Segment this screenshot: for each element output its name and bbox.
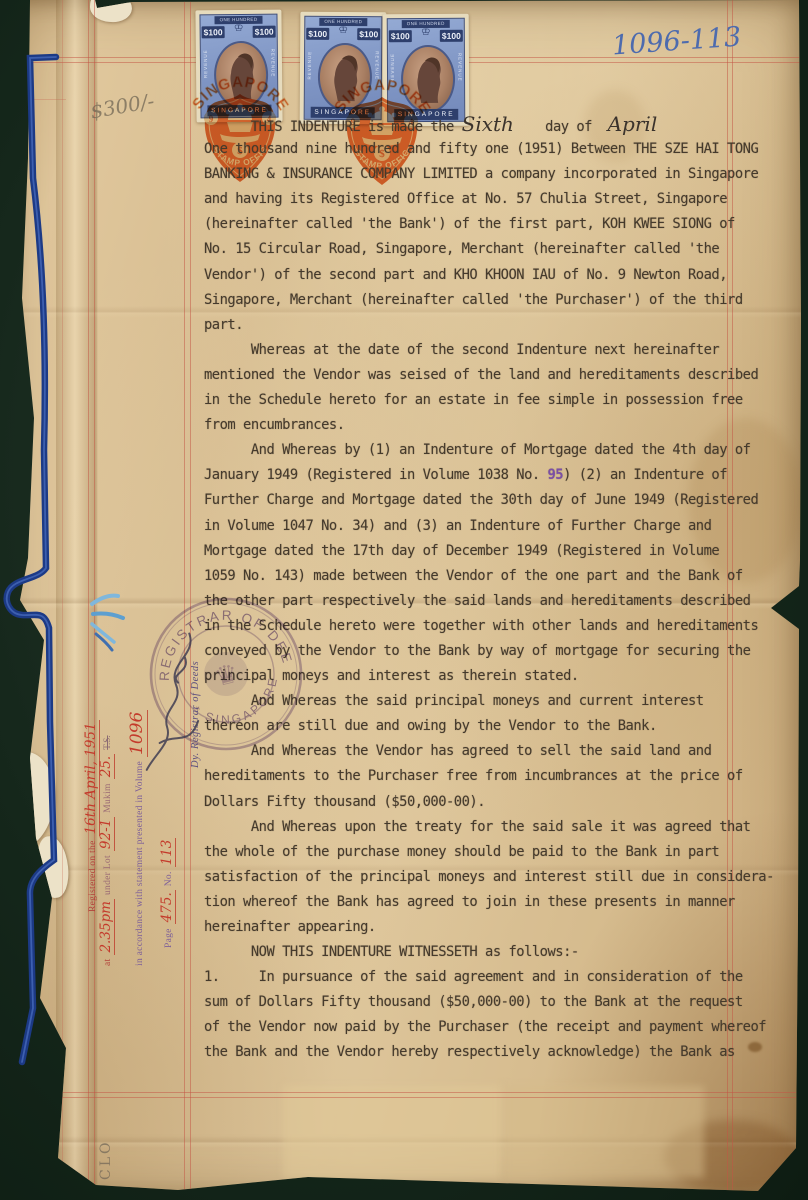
ruled-line	[58, 1097, 796, 1098]
registration-line-2: at 2.35pm under Lot 92-1 Mukim 25. T.S.	[97, 735, 115, 966]
typed-line: mentioned the Vendor was seised of the l…	[204, 363, 776, 388]
ghost-stamp-impression	[283, 1086, 501, 1178]
typed-line: And Whereas by (1) an Indenture of Mortg…	[204, 438, 776, 463]
typed-line: of the Vendor now paid by the Purchaser …	[204, 1015, 776, 1040]
typed-line: 1059 No. 143) made between the Vendor of…	[204, 564, 776, 589]
typed-line: the whole of the purchase money should b…	[204, 840, 776, 865]
ruled-line	[88, 0, 89, 1190]
typed-line: satisfaction of the principal moneys and…	[204, 865, 776, 890]
typed-line: part.	[204, 313, 776, 338]
typed-line: the Bank and the Vendor hereby respectiv…	[204, 1040, 776, 1065]
typed-line: NOW THIS INDENTURE WITNESSETH as follows…	[204, 940, 776, 965]
typed-line: And Whereas the Vendor has agreed to sel…	[204, 739, 776, 764]
stamp-side-text: REVENUE	[457, 53, 462, 82]
registration-label: under Lot	[103, 855, 113, 895]
typed-line: hereinafter appearing.	[204, 915, 776, 940]
registration-line-4: Page 475. No. 113	[158, 838, 176, 948]
photo-of-indenture-document: { "meta": { "reference_number": "1096-11…	[0, 0, 808, 1200]
registration-page: 475.	[159, 890, 176, 924]
typed-line: Vendor') of the second part and KHO KHOO…	[204, 263, 776, 288]
typed-line: in the Schedule hereto for an estate in …	[204, 388, 776, 413]
typed-line: hereditaments to the Purchaser free from…	[204, 764, 776, 789]
typed-line: and having its Registered Office at No. …	[204, 187, 776, 212]
typed-line: THIS INDENTURE is made the Sixth day of …	[204, 112, 776, 137]
registration-number: 113	[159, 838, 176, 868]
typed-line: (hereinafter called 'the Bank') of the f…	[204, 212, 776, 237]
stamp-side-text: REVENUE	[306, 51, 311, 80]
pencil-note-bottom: CLO	[98, 1140, 114, 1181]
ruled-line	[58, 1092, 796, 1093]
typed-line: Mortgage dated the 17th day of December …	[204, 539, 776, 564]
crown-icon: ♔	[305, 23, 381, 37]
typed-line: BANKING & INSURANCE COMPANY LIMITED a co…	[204, 162, 776, 187]
registrar-signature	[136, 622, 206, 782]
typed-line: And Whereas upon the treaty for the said…	[204, 815, 776, 840]
registration-mukim: 25.	[98, 754, 115, 779]
typed-text: THIS INDENTURE is made the Sixth day of …	[204, 112, 776, 1066]
ruled-line	[94, 0, 95, 1190]
registration-label: in accordance with statement presented i…	[135, 761, 145, 966]
crown-icon: ♔	[388, 25, 464, 38]
registration-label: Page	[164, 928, 174, 948]
registration-label: at	[103, 959, 113, 966]
struck-text: T.S.	[102, 735, 112, 749]
typed-line: tion whereof the Bank has agreed to join…	[204, 890, 776, 915]
typed-line: January 1949 (Registered in Volume 1038 …	[204, 463, 776, 488]
ruled-line	[62, 0, 63, 1190]
typed-line: sum of Dollars Fifty thousand ($50,000-0…	[204, 990, 776, 1015]
typed-line: Dollars Fifty thousand ($50,000-00).	[204, 790, 776, 815]
typed-line: Whereas at the date of the second Indent…	[204, 338, 776, 363]
registration-label: No.	[164, 871, 174, 886]
typed-line: in Volume 1047 No. 34) and (3) an Indent…	[204, 514, 776, 539]
registration-lot: 92-1	[98, 817, 115, 851]
typed-line: from encumbrances.	[204, 413, 776, 438]
ruled-line	[0, 99, 66, 100]
crown-icon: ♔	[201, 21, 277, 35]
typed-line: 1. In pursuance of the said agreement an…	[204, 965, 776, 990]
typed-line: Singapore, Merchant (hereinafter called …	[204, 288, 776, 313]
ruled-line	[184, 0, 185, 1190]
typed-line: One thousand nine hundred and fifty one …	[204, 137, 776, 162]
typed-line: No. 15 Circular Road, Singapore, Merchan…	[204, 237, 776, 262]
registration-time: 2.35pm	[98, 899, 115, 955]
ghost-stamp-impression	[504, 1086, 704, 1178]
typed-line: Further Charge and Mortgage dated the 30…	[204, 488, 776, 513]
registration-label: Mukim	[103, 783, 113, 812]
